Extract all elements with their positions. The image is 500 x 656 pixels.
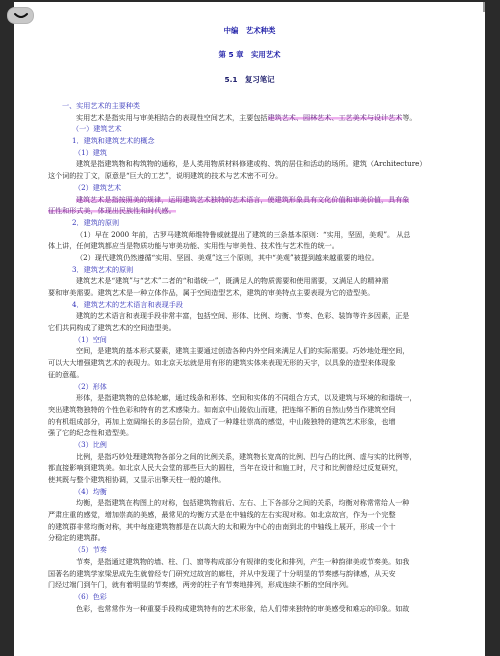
- heading-proportion: （3）比例: [62, 439, 470, 451]
- paragraph-intro: 实用艺术是指实用与审美相结合的表现性空间艺术，主要包括建筑艺术、园林艺术、工艺美…: [62, 112, 470, 124]
- highlight[interactable]: 建筑艺术是指按照美的规律，运用建筑艺术独特的艺术语言，使建筑形象具有文化价值和审…: [76, 195, 409, 204]
- heading-balance: （4）均衡: [62, 486, 470, 498]
- highlight[interactable]: 征性和形式美，体现出民族性和时代感。: [48, 206, 176, 215]
- paragraph-principle-2: （2）现代建筑仍然遵循“实用、坚固、美观”这三个原则，其中“美观”被提到越来越重…: [62, 252, 470, 264]
- chapter-title: 第 5 章 实用艺术: [14, 50, 485, 60]
- paragraph-balance-cont: 的建筑群非常均衡对称，其中每座建筑物都是在以高大的太和殿为中心的由南到北的中轴线…: [48, 521, 470, 533]
- section-title: 5.1 复习笔记: [14, 75, 485, 85]
- paragraph-space-cont: 可以大大增强建筑艺术的表现力。如北京天坛就是用有形的建筑实体来表现无形的天宇，以…: [48, 357, 470, 369]
- paragraph-balance-cont: 严肃庄重的感觉，增加崇高的美感，最常见的均衡方式是在中轴线的左右实现对称。如北京…: [48, 509, 470, 521]
- back-button[interactable]: [7, 7, 34, 24]
- heading-art-principles: 3．建筑艺术的原则: [62, 264, 470, 276]
- paragraph-rhythm-cont: 门经过端门到午门，就有着明显的节奏感，两旁的柱子有节奏地排列，形成连续不断的空间…: [48, 579, 470, 591]
- paragraph-building-art-cont: 征性和形式美，体现出民族性和时代感。: [48, 205, 470, 217]
- paragraph-rhythm-cont: 国著名的建筑学家梁思成先生就曾经专门研究过故宫的廊柱，并从中发现了十分明显的节奏…: [48, 568, 470, 580]
- paragraph-building-cont: 这个词的拉丁文，原意是“巨大的工艺”，说明建筑的技术与艺术密不可分。: [48, 170, 470, 182]
- paragraph-color: 色彩，也常常作为一种重要手段构成建筑特有的艺术形象，给人们带来独特的审美感受和难…: [62, 603, 470, 615]
- highlight[interactable]: 建筑艺术、园林艺术、工艺美术与设计艺术: [268, 113, 403, 122]
- paragraph-building: 建筑是指建筑物和构筑物的通称，是人类用物质材料修建或构、筑的居住和活动的场所。建…: [62, 158, 470, 170]
- heading-principles: 2．建筑的原则: [62, 217, 470, 229]
- document-body: 一、实用艺术的主要种类 实用艺术是指实用与审美相结合的表现性空间艺术，主要包括建…: [62, 100, 470, 614]
- heading-architecture: （一）建筑艺术: [62, 123, 470, 135]
- paragraph-balance: 均衡，是指建筑在构图上的对称，包括建筑物前后、左右、上下各部分之间的关系，均衡对…: [62, 497, 470, 509]
- heading-rhythm: （5）节奏: [62, 544, 470, 556]
- paragraph-principle-1: （1）早在 2000 年前，古罗马建筑师维特鲁威就提出了建筑的三条基本原则：“实…: [62, 229, 470, 241]
- heading-building-art: （2）建筑艺术: [62, 182, 470, 194]
- heading-building: （1）建筑: [62, 147, 470, 159]
- paragraph-art-language-cont: 它们共同构成了建筑艺术的空间造型美。: [48, 322, 470, 334]
- scrollbar[interactable]: [483, 2, 485, 12]
- paragraph-proportion: 比例，是指巧妙处理建筑物各部分之间的比例关系，建筑物长宽高的比例、凹与凸的比例、…: [62, 451, 470, 463]
- part-title: 中编 艺术种类: [14, 26, 485, 36]
- chevron-down-icon: [14, 12, 28, 20]
- heading-space: （1）空间: [62, 334, 470, 346]
- paragraph-balance-cont: 分稳定的建筑群。: [48, 532, 470, 544]
- document-page: 中编 艺术种类 第 5 章 实用艺术 5.1 复习笔记 一、实用艺术的主要种类 …: [14, 2, 485, 656]
- heading-color: （6）色彩: [62, 591, 470, 603]
- heading-main: 一、实用艺术的主要种类: [62, 100, 470, 112]
- paragraph-space: 空间，是建筑的基本形式要素，建筑主要通过创造各种内外空间来满足人们的实际需要。巧…: [62, 345, 470, 357]
- paragraph-proportion-cont: 都直接影响到建筑美。如北京人民大会堂的那些巨大的圆柱，当年在设计和施工时，尺寸和…: [48, 462, 470, 474]
- paragraph-form: 形体，是指建筑物的总体轮廓，通过线条和形体、空间和实体的不同组合方式，以及建筑与…: [62, 392, 470, 404]
- paragraph-art-language: 建筑的艺术语言和表现手段非常丰富，包括空间、形体、比例、均衡、节奏、色彩、装饰等…: [62, 310, 470, 322]
- paragraph-proportion-cont: 使其既与整个建筑相协调，又显示出擎天柱一般的雄伟。: [48, 474, 470, 486]
- heading-art-language: 4．建筑艺术的艺术语言和表现手段: [62, 299, 470, 311]
- paragraph-art-principles-cont: 要和审美需要。建筑艺术是一种立体作品，属于空间造型艺术，建筑的审美特点主要表现为…: [48, 287, 470, 299]
- paragraph-form-cont: 的有机组成部分，再加上宽阔绵长的多层台阶，造成了一种雄壮崇高的感觉，中山陵独特的…: [48, 416, 470, 428]
- paragraph-form-cont: 突出建筑物独特的个性色彩和特有的艺术感染力。如南京中山陵依山而建，把连绵不断的自…: [48, 404, 470, 416]
- heading-concept: 1．建筑和建筑艺术的概念: [62, 135, 470, 147]
- paragraph-space-cont: 征的意蕴。: [48, 369, 470, 381]
- heading-form: （2）形体: [62, 381, 470, 393]
- paragraph-rhythm: 节奏，是指通过建筑物的墙、柱、门、窗等构成部分有规律的变化和排列，产生一种韵律美…: [62, 556, 470, 568]
- paragraph-art-principles: 建筑艺术是“建筑”与“艺术”二者的“和谐统一”，既满足人的物质需要和使用需要，又…: [62, 275, 470, 287]
- paragraph-principle-1-cont: 体上讲，任何建筑都应当是物质功能与审美功能、实用性与审美性、技术性与艺术性的统一…: [48, 240, 470, 252]
- paragraph-building-art: 建筑艺术是指按照美的规律，运用建筑艺术独特的艺术语言，使建筑形象具有文化价值和审…: [62, 194, 470, 206]
- paragraph-form-cont: 强了它的纪念性和造型美。: [48, 427, 470, 439]
